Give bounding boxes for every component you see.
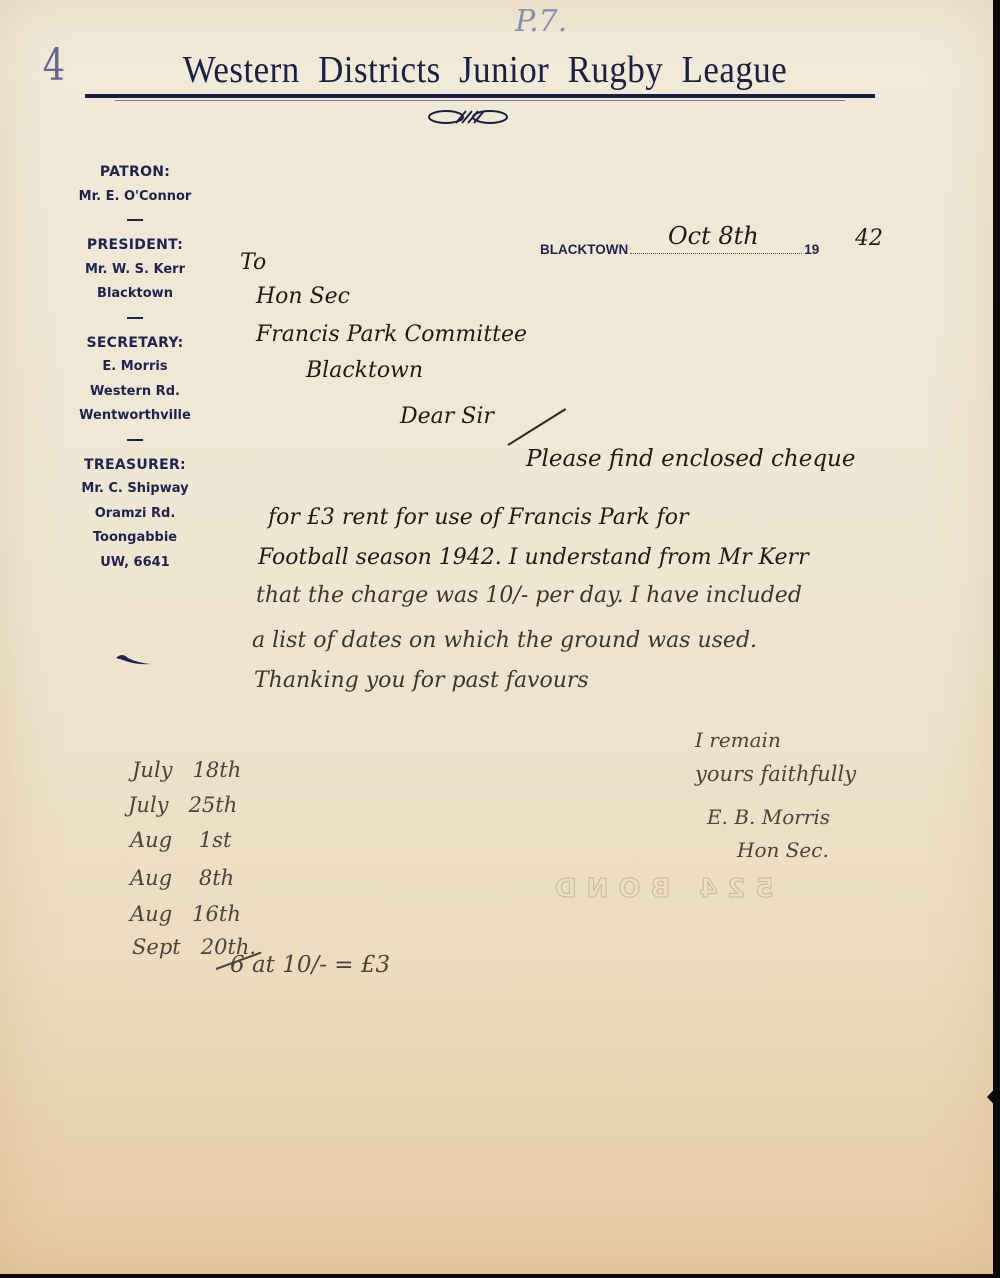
signature: E. B. Morris [707, 805, 830, 829]
body-line: for £3 rent for use of Francis Park for [268, 505, 689, 530]
letterhead-rule-thin [115, 100, 845, 101]
officer-line: Mr. E. O'Connor [50, 185, 220, 210]
officer-line: Toongabbie [50, 526, 220, 551]
divider [127, 439, 143, 441]
date-entry: July 18th [132, 758, 241, 782]
total-calculation: 6 at 10/- = £3 [230, 952, 390, 978]
officer-line: Mr. W. S. Kerr [50, 258, 220, 283]
swoosh-ornament-icon [114, 652, 152, 666]
officers-sidebar: PATRON: Mr. E. O'Connor PRESIDENT: Mr. W… [50, 160, 220, 575]
address-line: Hon Sec [256, 284, 350, 309]
letterhead-rule [85, 94, 875, 98]
body-line: a list of dates on which the ground was … [252, 628, 757, 653]
officer-line: Oramzi Rd. [50, 502, 220, 527]
date-fill-line [630, 253, 802, 254]
officer-secretary: SECRETARY: E. Morris Western Rd. Wentwor… [50, 331, 220, 429]
date-entry: Aug 16th [130, 902, 241, 926]
letterhead-title: Western Districts Junior Rugby League [135, 48, 834, 92]
officer-treasurer: TREASURER: Mr. C. Shipway Oramzi Rd. Too… [50, 453, 220, 576]
divider [127, 219, 143, 221]
officer-line: UW, 6641 [50, 551, 220, 576]
signature-title: Hon Sec. [737, 838, 829, 862]
salutation-stroke [507, 408, 566, 446]
dateline-place: BLACKTOWN [540, 242, 628, 257]
officer-patron: PATRON: Mr. E. O'Connor [50, 160, 220, 209]
officer-title: SECRETARY: [50, 331, 220, 356]
body-line: that the charge was 10/- per day. I have… [256, 583, 802, 608]
officer-line: Wentworthville [50, 404, 220, 429]
officer-line: Mr. C. Shipway [50, 477, 220, 502]
body-line: Please find enclosed cheque [526, 446, 855, 472]
archive-reference-mark: P.7. [515, 4, 567, 39]
officer-president: PRESIDENT: Mr. W. S. Kerr Blacktown [50, 233, 220, 307]
officer-title: TREASURER: [50, 453, 220, 478]
salutation: Dear Sir [400, 404, 494, 429]
handwritten-date: Oct 8th [668, 222, 759, 250]
body-line: Football season 1942. I understand from … [258, 545, 809, 570]
body-line: Thanking you for past favours [254, 668, 589, 693]
officer-title: PRESIDENT: [50, 233, 220, 258]
officer-line: Blacktown [50, 282, 220, 307]
address-line: Blacktown [306, 358, 423, 383]
date-entry: Aug 1st [130, 828, 231, 852]
address-line: Francis Park Committee [256, 322, 527, 347]
officer-line: E. Morris [50, 355, 220, 380]
flourish-ornament-icon [426, 108, 510, 126]
address-to: To [240, 250, 266, 275]
closing-line: yours faithfully [695, 762, 856, 786]
page-edge-tear [987, 1083, 1000, 1111]
paper-watermark: 524 BOND [545, 874, 774, 904]
letter-page: 4 P.7. Western Districts Junior Rugby Le… [0, 0, 993, 1274]
closing-line: I remain [695, 728, 781, 752]
dateline-year-prefix: 19 [804, 242, 819, 257]
divider [127, 317, 143, 319]
handwritten-year: 42 [855, 226, 883, 251]
officer-line: Western Rd. [50, 380, 220, 405]
archive-number-mark: 4 [43, 40, 65, 91]
officer-title: PATRON: [50, 160, 220, 185]
date-entry: Aug 8th [130, 866, 234, 890]
date-entry: July 25th [128, 793, 237, 817]
